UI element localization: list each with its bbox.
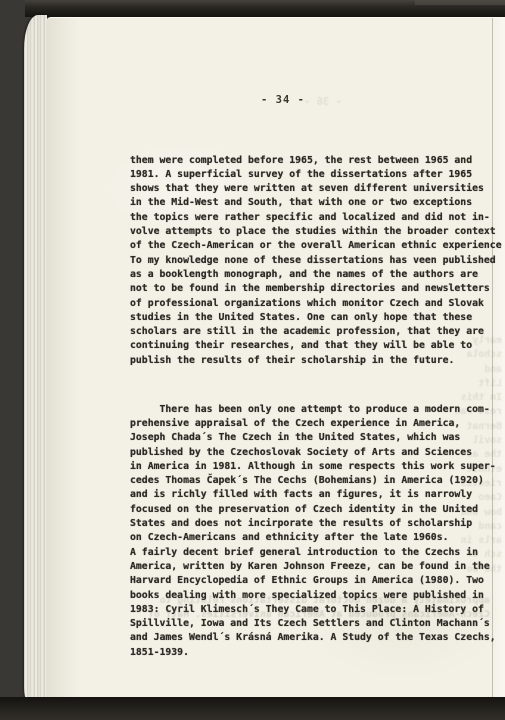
book-page-edge-stack [24,15,47,709]
paragraph-1: them were completed before 1965, the res… [130,154,502,368]
body-text: them were completed before 1965, the res… [130,125,502,689]
scanned-book-photo: - 34 - - 36 - them were completed before… [0,0,505,720]
photo-dark-band-bottom [0,697,505,720]
bleedthrough-header-fragment: - 36 - [304,95,342,109]
document-page: - 34 - - 36 - them were completed before… [46,17,505,699]
photo-top-right-highlight [415,0,505,5]
photo-dark-band-left [0,0,25,720]
page-number-header: - 34 - [261,94,305,106]
paragraph-2: There has been only one attempt to produ… [130,403,502,660]
